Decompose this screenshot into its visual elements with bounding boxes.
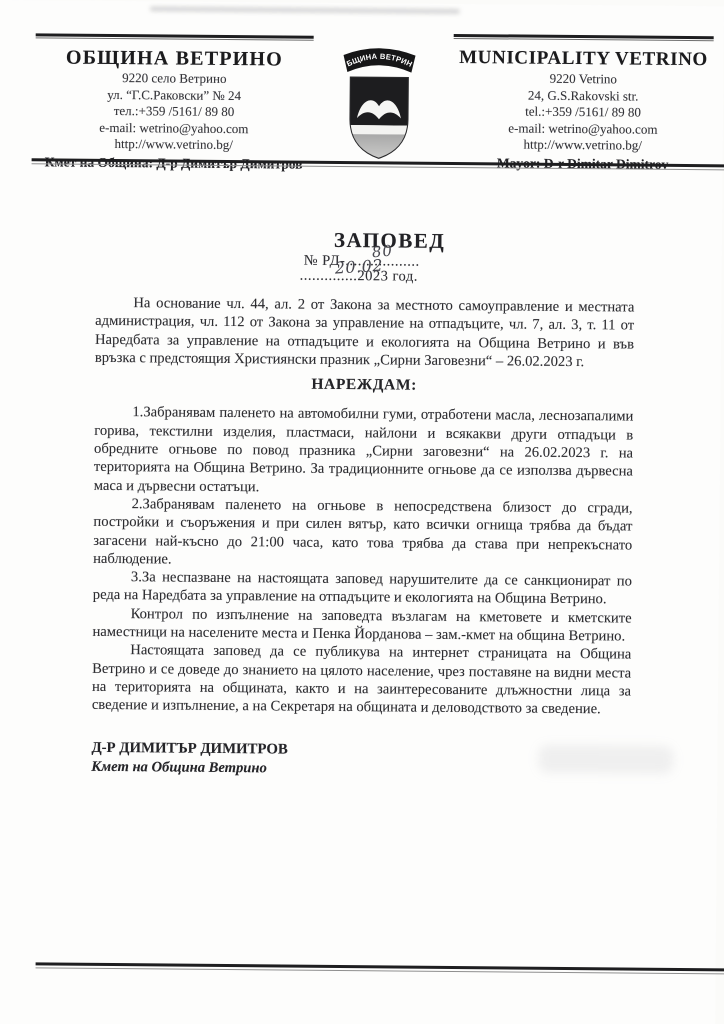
website-line-en: http://www.vetrino.bg/ bbox=[453, 136, 713, 155]
footer-rule bbox=[36, 962, 724, 974]
handwritten-order-date: 20.02 bbox=[334, 256, 383, 278]
publication-paragraph: Настоящата заповед да се публикува на ин… bbox=[92, 641, 632, 719]
control-paragraph: Контрол по изпълнение на заповедта възла… bbox=[92, 605, 631, 646]
scanned-document: { "header": { "left": { "title": "ОБЩИНА… bbox=[0, 0, 724, 1024]
letterhead-right: MUNICIPALITY VETRINO 9220 Vetrino 24, G.… bbox=[453, 34, 714, 173]
order-paragraph-2: 2.Забранявам паленето на огньове в непос… bbox=[93, 495, 633, 573]
municipality-name-bg: ОБЩИНА ВЕТРИНО bbox=[35, 45, 313, 71]
order-paragraph-1: 1.Забранявам паленето на автомобилни гум… bbox=[94, 403, 634, 499]
scan-smudge-signature bbox=[538, 745, 673, 774]
scan-smudge-top bbox=[150, 6, 460, 14]
document-page: ОБЩИНА ВЕТРИНО 9220 село Ветрино ул. “Г.… bbox=[0, 0, 724, 1024]
letterhead-right-rule bbox=[454, 34, 714, 42]
municipality-emblem-icon: ОБЩИНА ВЕТРИНО bbox=[333, 39, 426, 166]
order-heading: НАРЕЖДАМ: bbox=[95, 374, 634, 397]
order-paragraph-3: 3.За неспазване на настоящата заповед на… bbox=[93, 568, 632, 609]
municipality-name-en: MUNICIPALITY VETRINO bbox=[453, 46, 713, 72]
letterhead-left: ОБЩИНА ВЕТРИНО 9220 село Ветрино ул. “Г.… bbox=[35, 33, 314, 172]
letterhead-left-rule bbox=[36, 33, 314, 41]
website-line-bg: http://www.vetrino.bg/ bbox=[35, 135, 313, 154]
intro-paragraph: На основание чл. 44, ал. 2 от Закона за … bbox=[95, 294, 635, 372]
order-body: На основание чл. 44, ал. 2 от Закона за … bbox=[91, 294, 634, 781]
